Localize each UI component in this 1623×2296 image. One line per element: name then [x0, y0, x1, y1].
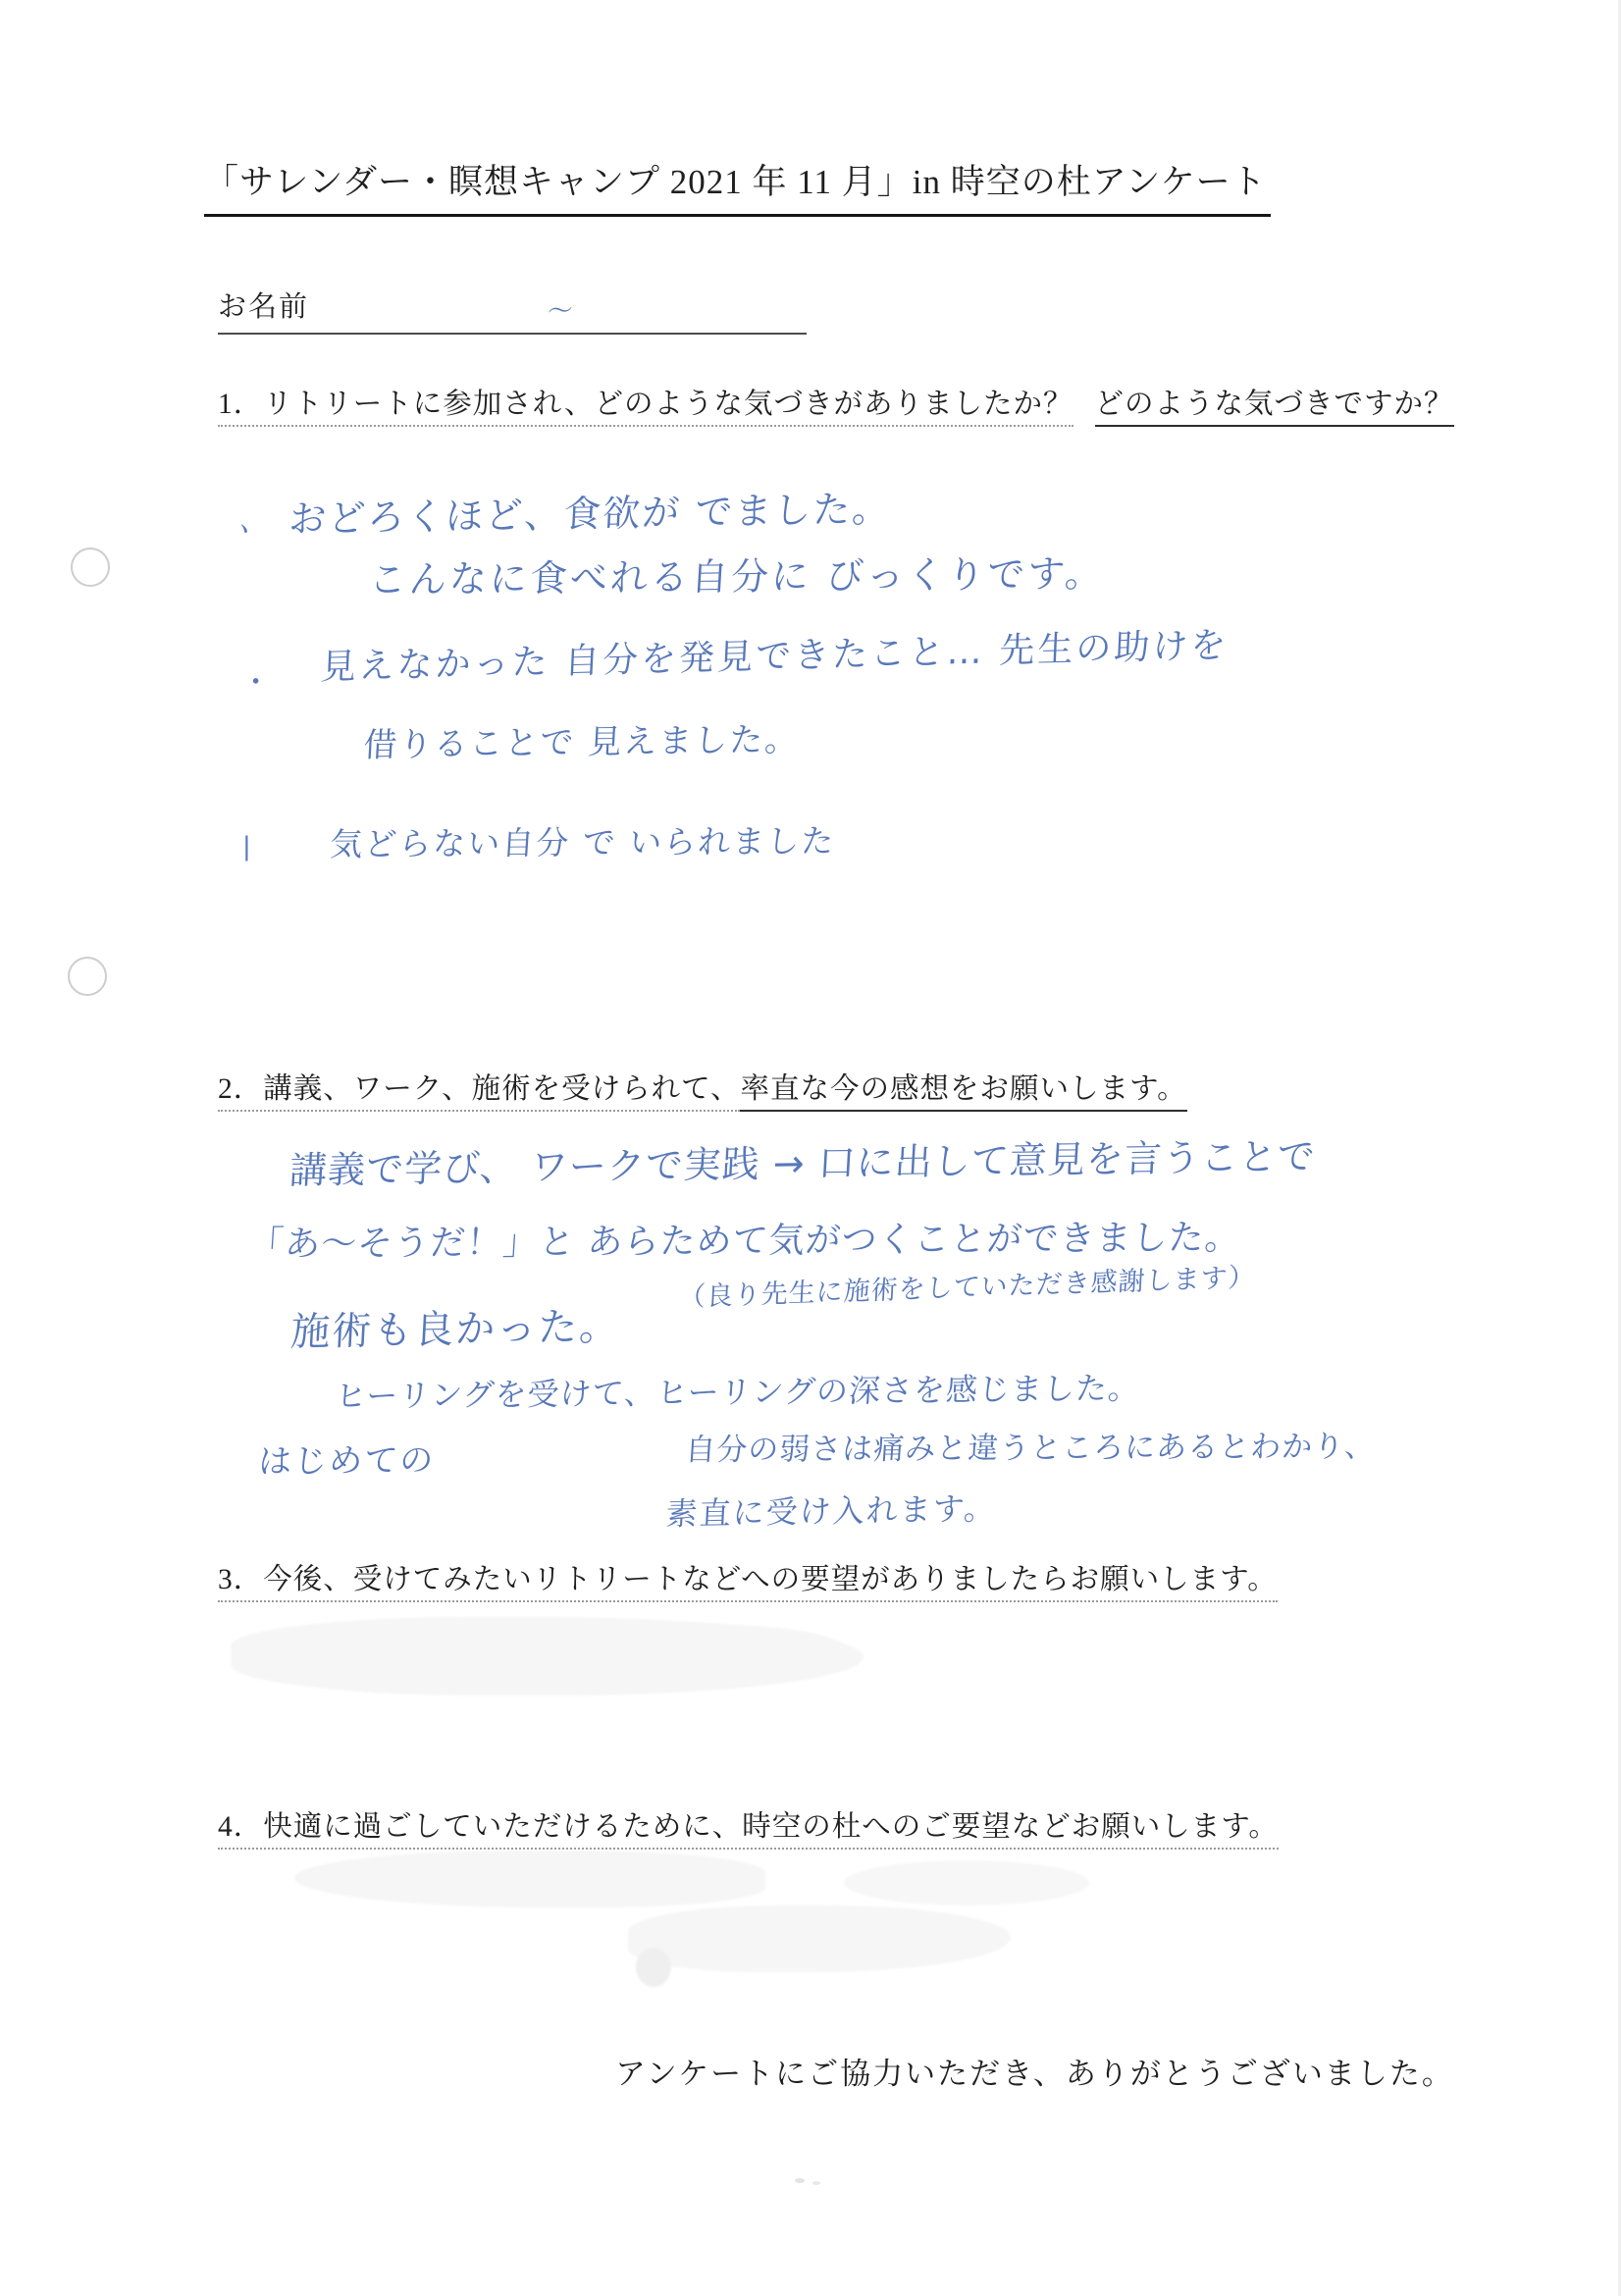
- question-4-heading: 4．快適に過ごしていただけるために、時空の杜へのご要望などお願いします。: [218, 1803, 1279, 1845]
- punch-hole-icon: [71, 548, 110, 587]
- q1-answer-line-5: 気どらない自分 で いられました: [329, 815, 837, 865]
- q1-bullet-2: ・: [237, 655, 274, 704]
- q2-answer-line-5a: はじめての: [257, 1433, 437, 1483]
- erased-answer-smudge: [636, 1948, 671, 1987]
- closing-note: アンケートにご協力いただき、ありがとうございました。: [615, 2049, 1454, 2093]
- erased-answer-smudge: [628, 1905, 1011, 1972]
- question-3-heading: 3．今後、受けてみたいリトリートなどへの要望がありましたらお願いします。: [218, 1556, 1278, 1597]
- q1-answer-line-4: 借りることで 見えました。: [362, 712, 802, 766]
- scan-edge-shadow: [1618, 0, 1621, 2296]
- question-2-emphasis: 率直な今の感想をお願いします。: [740, 1073, 1186, 1112]
- punch-hole-icon: [68, 957, 107, 996]
- name-redacted-mark: ～: [546, 289, 575, 329]
- q1-bullet-3: |: [242, 832, 251, 861]
- q1-answer-line-1: おどろくほど、食欲が でました。: [288, 478, 893, 543]
- q1-answer-line-2: こんなに食べれる自分に びっくりです。: [368, 543, 1107, 603]
- q2-answer-line-1: 講義で学び、 ワークで実践 → 口に出して意見を言うことで: [288, 1125, 1318, 1194]
- q2-answer-line-3-parenthetical: （良り先生に施術をしていただき感謝します）: [678, 1255, 1257, 1314]
- q2-answer-line-5b: 自分の弱さは痛みと違うところにあるとわかり、: [684, 1421, 1378, 1469]
- question-3-text: 3．今後、受けてみたいリトリートなどへの要望がありましたらお願いします。: [218, 1564, 1278, 1602]
- erased-answer-smudge: [844, 1860, 1089, 1905]
- question-1-heading: 1．リトリートに参加され、どのような気づきがありましたか？どのような気づきですか…: [218, 381, 1454, 422]
- q1-answer-line-3: 見えなかった 自分を発見できたこと… 先生の助けを: [320, 617, 1230, 690]
- q2-answer-line-4: ヒーリングを受けて、ヒーリングの深さを感じました。: [334, 1363, 1141, 1417]
- erased-answer-smudge: [294, 1851, 765, 1907]
- name-label: お名前: [218, 285, 309, 325]
- question-4-text: 4．快適に過ごしていただけるために、時空の杜へのご要望などお願いします。: [218, 1811, 1279, 1850]
- question-2-text: 2．講義、ワーク、施術を受けられて、: [218, 1073, 740, 1112]
- q2-answer-line-6: 素直に受け入れます。: [665, 1484, 999, 1535]
- question-2-heading: 2．講義、ワーク、施術を受けられて、率直な今の感想をお願いします。: [218, 1066, 1187, 1107]
- q2-answer-line-2: 「あ～そうだ！」と あらためて気がつくことができました。: [247, 1210, 1243, 1267]
- scanned-survey-page: 「サレンダー・瞑想キャンプ 2021 年 11 月」in 時空の杜アンケート お…: [0, 0, 1623, 2296]
- question-1-emphasis: どのような気づきですか？: [1095, 389, 1454, 427]
- scan-artifact-dot: [812, 2181, 820, 2185]
- q2-answer-line-3: 施術も良かった。: [289, 1295, 622, 1357]
- name-underline: [218, 333, 807, 335]
- q1-bullet-1: 、: [236, 496, 276, 545]
- page-title: 「サレンダー・瞑想キャンプ 2021 年 11 月」in 時空の杜アンケート: [204, 155, 1271, 217]
- question-1-text: 1．リトリートに参加され、どのような気づきがありましたか？: [218, 389, 1073, 427]
- scan-artifact-dot: [795, 2178, 805, 2183]
